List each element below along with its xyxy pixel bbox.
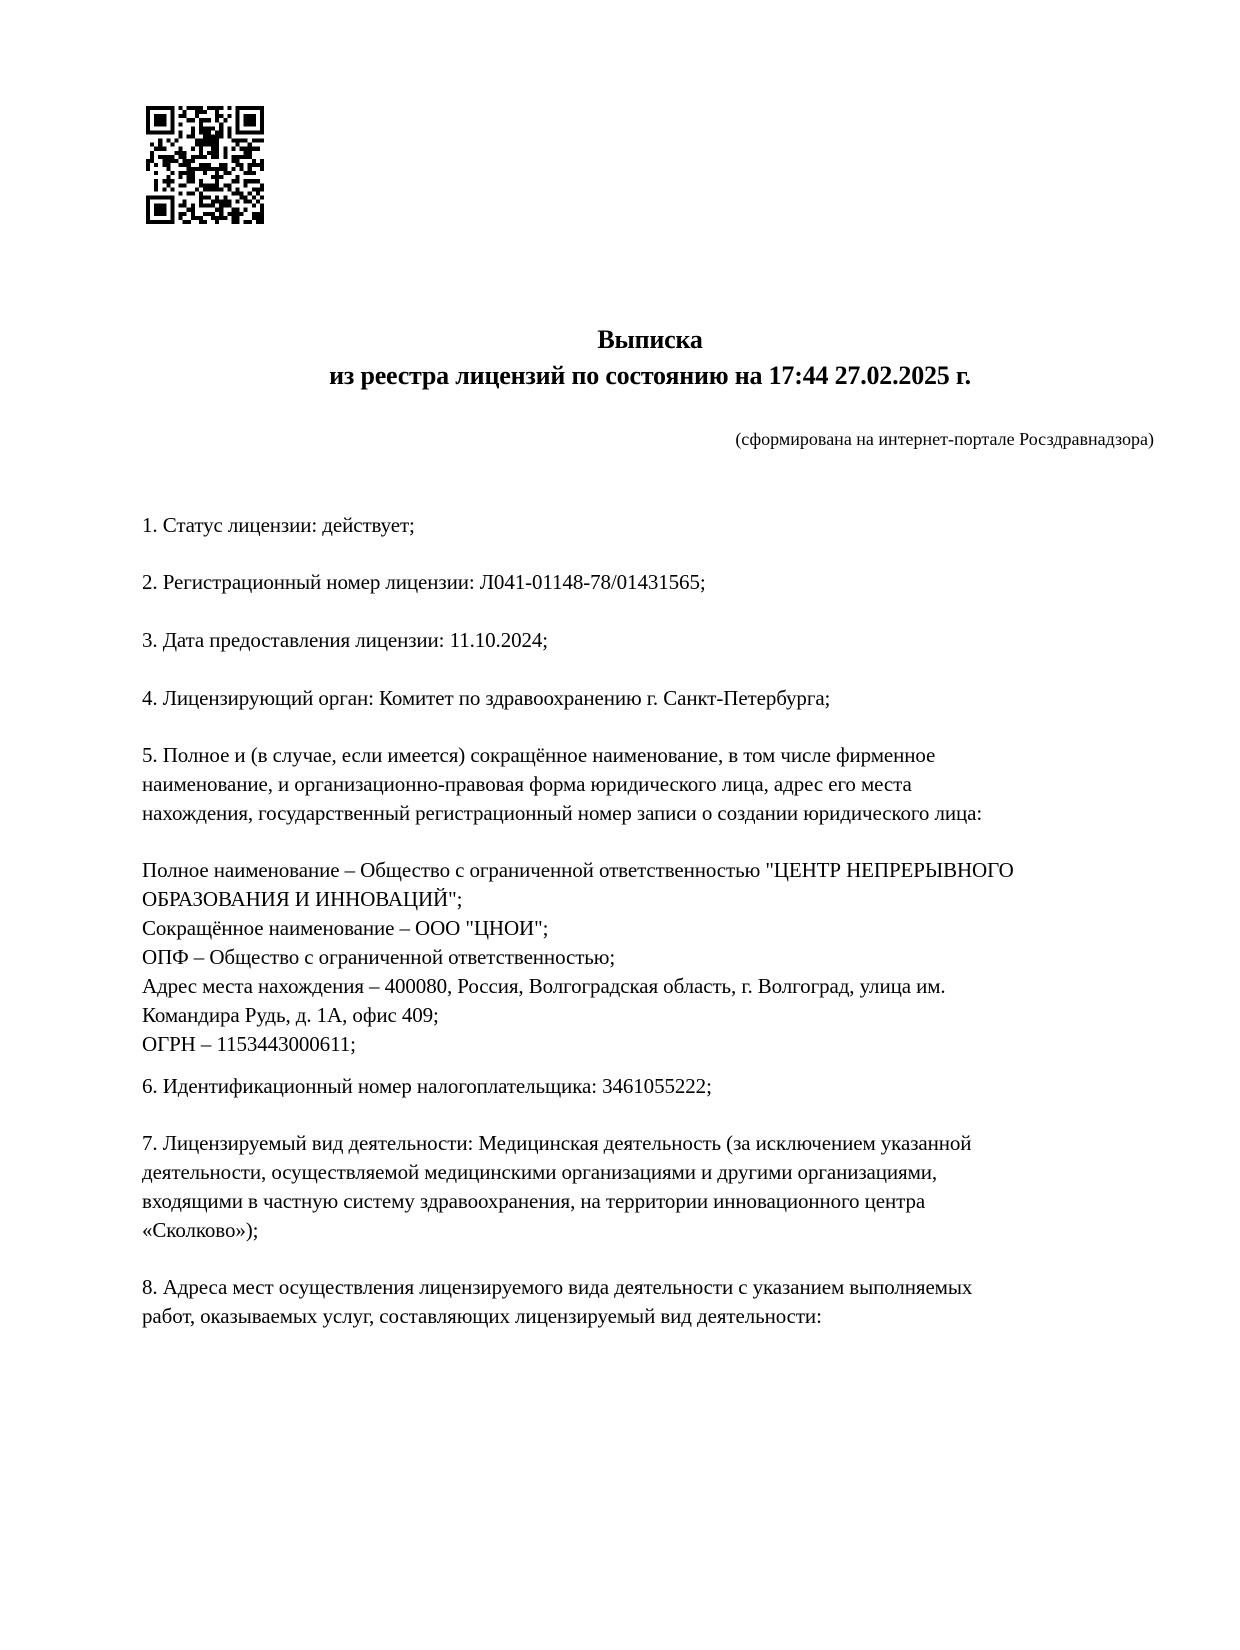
item-line: 6. Идентификационный номер налогоплатель… [142, 1072, 1142, 1101]
item-line: 7. Лицензируемый вид деятельности: Медиц… [142, 1129, 1142, 1158]
item-line: наименование, и организационно-правовая … [142, 770, 1142, 799]
item-line: 5. Полное и (в случае, если имеется) сок… [142, 741, 1142, 770]
item-line: работ, оказываемых услуг, составляющих л… [142, 1302, 1142, 1331]
full-name-line: Полное наименование – Общество с огранич… [142, 856, 1142, 885]
item-inn: 6. Идентификационный номер налогоплатель… [142, 1072, 1142, 1101]
document-subtitle: из реестра лицензий по состоянию на 17:4… [30, 358, 1240, 394]
item-license-status: 1. Статус лицензии: действует; [142, 511, 1142, 540]
qr-code-icon [146, 106, 264, 224]
address-line: Адрес места нахождения – 400080, Россия,… [142, 972, 1142, 1001]
item-line: 4. Лицензирующий орган: Комитет по здрав… [142, 684, 1142, 713]
document-title: Выписка [30, 322, 1240, 358]
item-issue-date: 3. Дата предоставления лицензии: 11.10.2… [142, 626, 1142, 655]
item-line: деятельности, осуществляемой медицинским… [142, 1158, 1142, 1187]
item-registration-number: 2. Регистрационный номер лицензии: Л041-… [142, 568, 1142, 597]
item-activity-type: 7. Лицензируемый вид деятельности: Медиц… [142, 1129, 1142, 1245]
full-name-line-cont: ОБРАЗОВАНИЯ И ИННОВАЦИЙ"; [142, 885, 1142, 914]
item-entity-details: Полное наименование – Общество с огранич… [142, 856, 1142, 1059]
item-line: «Сколково»); [142, 1216, 1142, 1245]
item-line: входящими в частную систему здравоохране… [142, 1187, 1142, 1216]
generated-note: (сформирована на интернет-портале Росздр… [735, 428, 1154, 450]
legal-form-line: ОПФ – Общество с ограниченной ответствен… [142, 943, 1142, 972]
item-line: 1. Статус лицензии: действует; [142, 511, 1142, 540]
address-line-cont: Командира Рудь, д. 1А, офис 409; [142, 1001, 1142, 1030]
item-line: 8. Адреса мест осуществления лицензируем… [142, 1273, 1142, 1302]
item-line: 2. Регистрационный номер лицензии: Л041-… [142, 568, 1142, 597]
item-activity-addresses: 8. Адреса мест осуществления лицензируем… [142, 1273, 1142, 1331]
ogrn-line: ОГРН – 1153443000611; [142, 1030, 1142, 1059]
item-entity-name-header: 5. Полное и (в случае, если имеется) сок… [142, 741, 1142, 828]
short-name-line: Сокращённое наименование – ООО "ЦНОИ"; [142, 914, 1142, 943]
qr-code [146, 106, 264, 224]
item-line: нахождения, государственный регистрацион… [142, 799, 1142, 828]
item-licensing-authority: 4. Лицензирующий орган: Комитет по здрав… [142, 684, 1142, 713]
item-line: 3. Дата предоставления лицензии: 11.10.2… [142, 626, 1142, 655]
